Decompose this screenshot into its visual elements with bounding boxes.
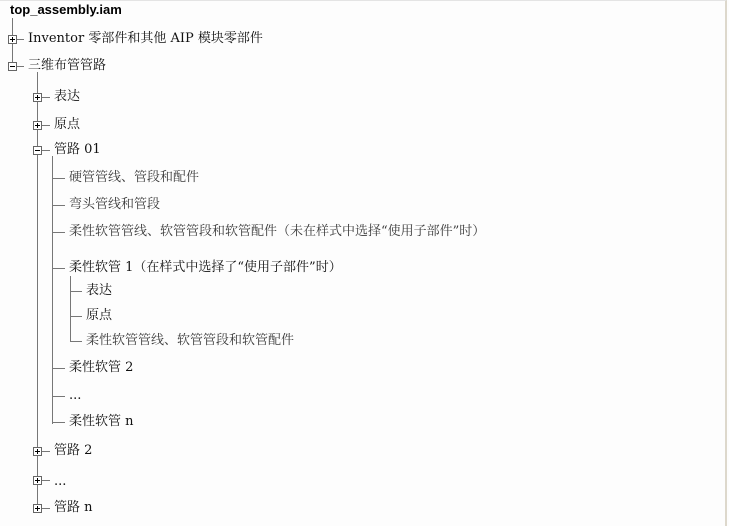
branch-line <box>42 150 50 151</box>
tree-node-run-01[interactable]: 管路 01 <box>54 142 101 158</box>
branch-line <box>17 39 24 40</box>
collapse-toggle-run-01[interactable] <box>33 146 42 155</box>
tree-node-flex-1-origin[interactable]: 原点 <box>86 308 112 324</box>
tree-node-flex-1-rep[interactable]: 表达 <box>86 283 112 299</box>
tree-node-inventor[interactable]: Inventor 零部件和其他 AIP 模块零部件 <box>28 31 263 47</box>
branch-line <box>53 232 65 233</box>
collapse-toggle-pipe-runs[interactable] <box>8 62 17 71</box>
tree-node-flex-ellipsis: ... <box>69 388 81 404</box>
tree-node-pipe-runs[interactable]: 三维布管管路 <box>28 58 106 74</box>
tree-node-flex-2[interactable]: 柔性软管 2 <box>69 360 133 376</box>
branch-line <box>53 396 65 397</box>
branch-line <box>53 268 65 269</box>
expand-toggle-run-2[interactable] <box>33 447 42 456</box>
tree-node-flex-1[interactable]: 柔性软管 1（在样式中选择了“使用子部件”时） <box>69 260 342 276</box>
tree-node-flex-1-content[interactable]: 柔性软管管线、软管管段和软管配件 <box>86 333 294 349</box>
branch-line <box>42 508 50 509</box>
branch-line <box>53 205 65 206</box>
branch-line <box>53 178 65 179</box>
branch-line <box>42 125 50 126</box>
branch-line <box>71 341 82 342</box>
branch-line <box>42 451 50 452</box>
expand-toggle-run-ellipsis[interactable] <box>33 476 42 485</box>
tree-node-rigid[interactable]: 硬管管线、管段和配件 <box>69 170 199 186</box>
tree-node-run-2[interactable]: 管路 2 <box>54 443 92 459</box>
connector-level1 <box>37 72 38 510</box>
branch-line <box>53 368 65 369</box>
expand-toggle-representations[interactable] <box>33 93 42 102</box>
expand-toggle-origin[interactable] <box>33 121 42 130</box>
tree-node-representations[interactable]: 表达 <box>54 89 80 105</box>
tree-node-run-n[interactable]: 管路 n <box>54 500 93 516</box>
expand-toggle-run-n[interactable] <box>33 504 42 513</box>
connector-flex1-children <box>70 276 71 342</box>
connector-run01-children <box>52 156 53 424</box>
tree-root-title: top_assembly.iam <box>10 2 122 17</box>
tree-node-flex-nosub[interactable]: 柔性软管管线、软管管段和软管配件（未在样式中选择“使用子部件”时） <box>69 224 485 240</box>
branch-line <box>17 66 24 67</box>
tree-node-origin[interactable]: 原点 <box>54 117 80 133</box>
branch-line <box>53 422 65 423</box>
tree-node-run-ellipsis: ... <box>54 474 66 490</box>
branch-line <box>42 97 50 98</box>
branch-line <box>42 480 50 481</box>
tree-node-bent[interactable]: 弯头管线和管段 <box>69 197 160 213</box>
branch-line <box>71 291 82 292</box>
branch-line <box>71 316 82 317</box>
expand-toggle-inventor[interactable] <box>8 35 17 44</box>
tree-node-flex-n[interactable]: 柔性软管 n <box>69 414 134 430</box>
